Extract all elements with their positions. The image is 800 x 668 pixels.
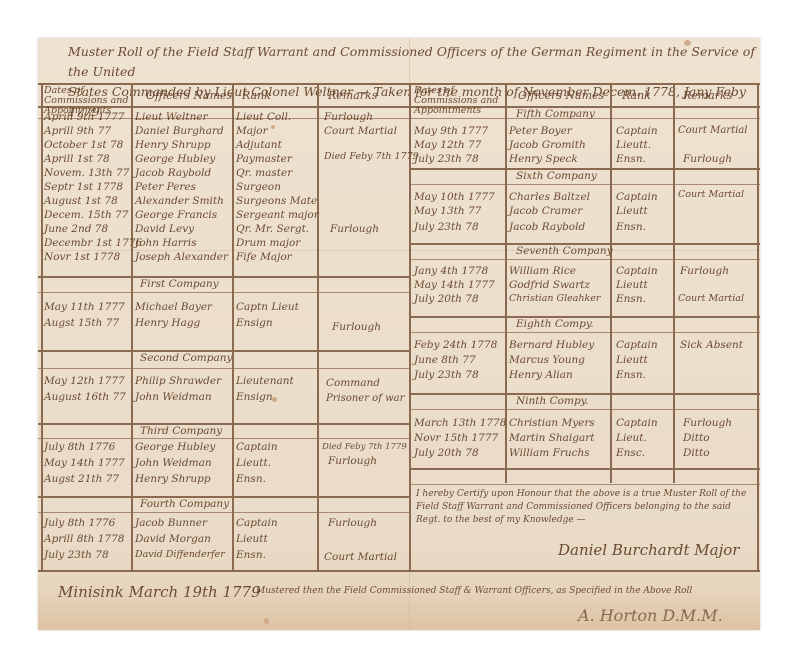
- staff-rank: Sergeant major: [236, 208, 319, 222]
- rule: [410, 468, 760, 470]
- staff-rank: Fife Major: [236, 250, 292, 264]
- staff-date: August 1st 78: [44, 194, 118, 208]
- officer-name: Jacob Raybold: [509, 220, 585, 234]
- table-top-rule: [38, 83, 760, 85]
- officer-rank: Lieutt.: [236, 456, 271, 470]
- staff-date: Novem. 13th 77: [44, 166, 129, 180]
- staff-name: Daniel Burghard: [135, 124, 224, 138]
- officer-name: Henry Hagg: [135, 316, 200, 330]
- officer-rank: Lieut.: [616, 431, 647, 445]
- rule: [41, 83, 43, 570]
- officer-date: Augst 15th 77: [44, 316, 119, 330]
- officer-remark: Furlough: [680, 264, 729, 278]
- officer-remark: Sick Absent: [680, 338, 743, 352]
- officer-remark: Furlough: [328, 516, 377, 530]
- officer-rank: Captain: [236, 516, 278, 530]
- officer-name: Charles Baltzel: [509, 190, 590, 204]
- officer-rank: Lieutt: [616, 353, 648, 367]
- staff-name: George Hubley: [135, 152, 215, 166]
- rule: [410, 184, 760, 185]
- officer-date: July 20th 78: [414, 446, 479, 460]
- officer-name: John Weidman: [135, 456, 212, 470]
- officer-date: Feby 24th 1778: [414, 338, 497, 352]
- rule: [317, 83, 319, 570]
- company-heading: Fourth Company: [140, 498, 229, 510]
- officer-date: July 23th 78: [414, 368, 479, 382]
- mustered-statement: Mustered then the Field Commissioned Sta…: [256, 586, 692, 596]
- officer-name: Christian Gleahker: [509, 292, 600, 306]
- muster-master-signature: A. Horton D.M.M.: [578, 606, 723, 625]
- staff-name: Lieut Weltner: [135, 110, 208, 124]
- staff-date: Decembr 1st 1776: [44, 236, 142, 250]
- officer-date: Novr 15th 1777: [414, 431, 498, 445]
- ink-stain: [684, 40, 691, 46]
- staff-date: Decem. 15th 77: [44, 208, 128, 222]
- officer-name: William Rice: [509, 264, 576, 278]
- officer-remark: Furlough: [683, 416, 732, 430]
- officer-rank: Captain: [616, 190, 658, 204]
- rule: [38, 512, 410, 513]
- company-heading: Eighth Compy.: [516, 318, 594, 330]
- rule: [38, 423, 410, 425]
- officer-name: Bernard Hubley: [509, 338, 594, 352]
- officer-rank: Ensn.: [236, 472, 266, 486]
- table-bottom-rule: [38, 570, 760, 572]
- rule: [673, 83, 675, 483]
- header-names: Officers Names: [146, 91, 232, 101]
- staff-rank: Lieut Coll.: [236, 110, 291, 124]
- officer-date: Aprill 8th 1778: [44, 532, 124, 546]
- staff-date: Aprill 9th 77: [44, 124, 111, 138]
- officer-date: Augst 21th 77: [44, 472, 119, 486]
- officer-rank: Ensign: [236, 316, 273, 330]
- muster-roll-document: Muster Roll of the Field Staff Warrant a…: [38, 38, 760, 630]
- company-heading: Sixth Company: [516, 170, 597, 182]
- staff-rank: Surgeon: [236, 180, 281, 194]
- officer-rank: Captain: [616, 124, 658, 138]
- staff-date: June 2nd 78: [44, 222, 108, 236]
- staff-date: Septr 1st 1778: [44, 180, 123, 194]
- officer-rank: Ensc.: [616, 446, 645, 460]
- ink-stain: [272, 397, 277, 402]
- rule: [610, 83, 612, 483]
- rule: [38, 292, 410, 293]
- officer-name: Philip Shrawder: [135, 374, 221, 388]
- staff-date: Aprill 1st 78: [44, 152, 110, 166]
- company-heading: Second Company: [140, 352, 232, 364]
- staff-date: October 1st 78: [44, 138, 123, 152]
- officer-name: John Weidman: [135, 390, 212, 404]
- officer-name: Jacob Bunner: [135, 516, 207, 530]
- staff-name: John Harris: [135, 236, 197, 250]
- officer-rank: Ensn.: [616, 220, 646, 234]
- officer-name: Godfrid Swartz: [509, 278, 590, 292]
- officer-name: Jacob Gromith: [509, 138, 586, 152]
- officer-rank: Ensn.: [616, 292, 646, 306]
- ink-stain: [271, 125, 275, 129]
- ink-stain: [264, 618, 269, 624]
- officer-date: July 8th 1776: [44, 440, 115, 454]
- officer-name: Peter Boyer: [509, 124, 572, 138]
- header-rank-right: Rank: [622, 91, 651, 101]
- officer-remark: Died Feby 7th 1779: [322, 440, 407, 454]
- staff-rank: Surgeons Mate: [236, 194, 317, 208]
- officer-name: Christian Myers: [509, 416, 595, 430]
- officer-rank: Lieutenant: [236, 374, 294, 388]
- officer-remark: Command: [326, 376, 380, 390]
- company-heading: Seventh Company: [516, 245, 613, 257]
- staff-remark: Died Feby 7th 1779: [324, 150, 419, 164]
- officer-name: Michael Bayer: [135, 300, 212, 314]
- officer-name: Marcus Young: [509, 353, 585, 367]
- officer-remark: Court Martial: [678, 292, 744, 306]
- rule: [232, 83, 234, 570]
- officer-name: David Diffenderfer: [135, 548, 225, 562]
- officer-name: William Fruchs: [509, 446, 590, 460]
- officer-date: May 12th 77: [414, 138, 481, 152]
- officer-rank: Ensn.: [616, 368, 646, 382]
- staff-name: Jacob Raybold: [135, 166, 211, 180]
- officer-rank: Captain: [616, 416, 658, 430]
- officer-rank: Lieutt.: [616, 138, 651, 152]
- officer-date: May 10th 1777: [414, 190, 495, 204]
- officer-date: May 14th 1777: [414, 278, 495, 292]
- officer-rank: Ensign: [236, 390, 273, 404]
- officer-remark: Furlough: [328, 454, 377, 468]
- officer-remark: Furlough: [683, 152, 732, 166]
- officer-date: March 13th 1778: [414, 416, 506, 430]
- staff-remark: Furlough: [324, 110, 373, 124]
- officer-date: May 11th 1777: [44, 300, 125, 314]
- officer-date: May 14th 1777: [44, 456, 125, 470]
- officer-date: May 9th 1777: [414, 124, 488, 138]
- officer-date: July 20th 78: [414, 292, 479, 306]
- rule: [38, 438, 410, 439]
- officer-rank: Captain: [616, 264, 658, 278]
- officer-date: July 23th 78: [44, 548, 109, 562]
- rule: [38, 276, 410, 278]
- staff-name: David Levy: [135, 222, 194, 236]
- header-remarks: Remarks: [328, 91, 377, 101]
- rule: [757, 83, 759, 570]
- major-signature: Daniel Burchardt Major: [558, 541, 739, 559]
- header-rank: Rank: [242, 91, 271, 101]
- officer-remark: Furlough: [332, 320, 381, 334]
- staff-rank: Qr. master: [236, 166, 292, 180]
- staff-name: Peter Peres: [135, 180, 196, 194]
- staff-name: George Francis: [135, 208, 217, 222]
- officer-date: August 16th 77: [44, 390, 126, 404]
- officer-rank: Captain: [236, 440, 278, 454]
- staff-remark: Furlough: [330, 222, 379, 236]
- header-remarks-right: Remarks: [683, 91, 732, 101]
- header-dates-right: Dates of Commissions and Appointments: [414, 86, 504, 116]
- officer-name: Henry Shrupp: [135, 472, 211, 486]
- officer-date: July 23th 78: [414, 220, 479, 234]
- officer-date: May 13th 77: [414, 204, 481, 218]
- officer-date: May 12th 1777: [44, 374, 125, 388]
- officer-remark: Court Martial: [678, 124, 747, 138]
- officer-date: July 8th 1776: [44, 516, 115, 530]
- rule: [410, 484, 760, 485]
- staff-rank: Qr. Mr. Sergt.: [236, 222, 309, 236]
- officer-rank: Ensn.: [616, 152, 646, 166]
- staff-name: Joseph Alexander: [135, 250, 228, 264]
- officer-remark: Prisoner of war: [326, 392, 404, 406]
- company-heading: Third Company: [140, 425, 222, 437]
- rule: [410, 259, 760, 260]
- officer-date: June 8th 77: [414, 353, 476, 367]
- company-heading: First Company: [140, 278, 219, 290]
- officer-rank: Lieutt: [236, 532, 268, 546]
- officer-name: Jacob Cramer: [509, 204, 582, 218]
- staff-rank: Paymaster: [236, 152, 292, 166]
- rule: [131, 83, 133, 570]
- staff-date: Aprill 9th 1777: [44, 110, 124, 124]
- staff-rank: Drum major: [236, 236, 300, 250]
- officer-name: Henry Alian: [509, 368, 573, 382]
- officer-date: July 23th 78: [414, 152, 479, 166]
- rule: [410, 332, 760, 333]
- rule: [38, 368, 410, 369]
- staff-name: Henry Shrupp: [135, 138, 211, 152]
- officer-name: George Hubley: [135, 440, 215, 454]
- certification-text: I hereby Certify upon Honour that the ab…: [416, 488, 756, 527]
- officer-rank: Lieutt: [616, 278, 648, 292]
- officer-rank: Captain: [616, 338, 658, 352]
- officer-remark: Ditto: [683, 446, 710, 460]
- officer-name: David Morgan: [135, 532, 211, 546]
- officer-date: Jany 4th 1778: [414, 264, 488, 278]
- header-names-right: Officers Names: [518, 91, 604, 101]
- officer-remark: Court Martial: [324, 550, 397, 564]
- officer-remark: Court Martial: [678, 188, 744, 202]
- company-heading: Ninth Compy.: [516, 395, 589, 407]
- officer-remark: Ditto: [683, 431, 710, 445]
- title-line-1: Muster Roll of the Field Staff Warrant a…: [68, 42, 758, 82]
- officer-rank: Ensn.: [236, 548, 266, 562]
- officer-rank: Lieutt: [616, 204, 648, 218]
- rule: [410, 409, 760, 410]
- company-heading: Fifth Company: [516, 108, 595, 120]
- staff-date: Novr 1st 1778: [44, 250, 120, 264]
- officer-name: Henry Speck: [509, 152, 578, 166]
- staff-rank: Adjutant: [236, 138, 282, 152]
- staff-rank: Major: [236, 124, 268, 138]
- staff-name: Alexander Smith: [135, 194, 224, 208]
- staff-remark: Court Martial: [324, 124, 397, 138]
- place-and-date: Minisink March 19th 1779: [58, 583, 261, 601]
- officer-rank: Captn Lieut: [236, 300, 299, 314]
- officer-name: Martin Shaigart: [509, 431, 595, 445]
- header-bottom-rule: [38, 106, 760, 108]
